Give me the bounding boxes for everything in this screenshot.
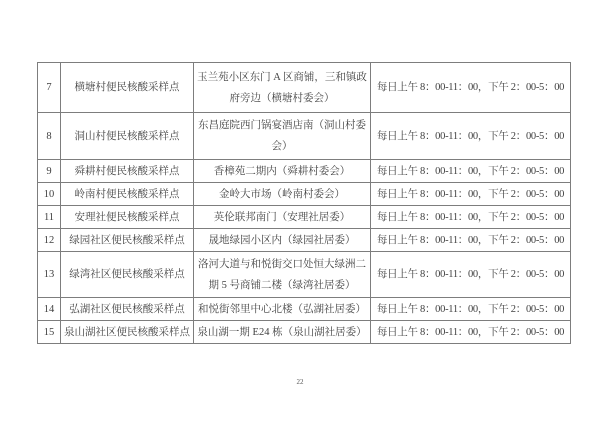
table-row: 8 洞山村便民核酸采样点 东昌庭院西门锅宴酒店南（洞山村委会） 每日上午 8：0… bbox=[38, 113, 571, 160]
time-cell: 每日上午 8：00-11：00，下午 2：00-5：00 bbox=[371, 63, 571, 113]
address-cell: 晟地绿园小区内（绿园社居委） bbox=[194, 229, 371, 252]
row-number-cell: 15 bbox=[38, 321, 61, 344]
time-cell: 每日上午 8：00-11：00，下午 2：00-5：00 bbox=[371, 298, 571, 321]
document-page: 7 横塘村便民核酸采样点 玉兰苑小区东门 A 区商铺，三和镇政府旁边（横塘村委会… bbox=[0, 0, 600, 424]
time-cell: 每日上午 8：00-11：00，下午 2：00-5：00 bbox=[371, 183, 571, 206]
table-row: 9 舜耕村便民核酸采样点 香樟苑二期内（舜耕村委会） 每日上午 8：00-11：… bbox=[38, 160, 571, 183]
row-number-cell: 7 bbox=[38, 63, 61, 113]
site-name-cell: 舜耕村便民核酸采样点 bbox=[61, 160, 194, 183]
time-cell: 每日上午 8：00-11：00，下午 2：00-5：00 bbox=[371, 229, 571, 252]
time-cell: 每日上午 8：00-11：00，下午 2：00-5：00 bbox=[371, 252, 571, 298]
row-number-cell: 12 bbox=[38, 229, 61, 252]
address-cell: 和悦街邻里中心北楼（弘湖社居委） bbox=[194, 298, 371, 321]
address-cell: 玉兰苑小区东门 A 区商铺，三和镇政府旁边（横塘村委会） bbox=[194, 63, 371, 113]
row-number-cell: 14 bbox=[38, 298, 61, 321]
table-row: 12 绿园社区便民核酸采样点 晟地绿园小区内（绿园社居委） 每日上午 8：00-… bbox=[38, 229, 571, 252]
site-name-cell: 洞山村便民核酸采样点 bbox=[61, 113, 194, 160]
site-name-cell: 横塘村便民核酸采样点 bbox=[61, 63, 194, 113]
site-name-cell: 泉山湖社区便民核酸采样点 bbox=[61, 321, 194, 344]
table-row: 10 岭南村便民核酸采样点 金岭大市场（岭南村委会） 每日上午 8：00-11：… bbox=[38, 183, 571, 206]
table-row: 7 横塘村便民核酸采样点 玉兰苑小区东门 A 区商铺，三和镇政府旁边（横塘村委会… bbox=[38, 63, 571, 113]
table-row: 13 绿湾社区便民核酸采样点 洛河大道与和悦街交口处恒大绿洲二期 5 号商铺二楼… bbox=[38, 252, 571, 298]
time-cell: 每日上午 8：00-11：00，下午 2：00-5：00 bbox=[371, 113, 571, 160]
sampling-points-table: 7 横塘村便民核酸采样点 玉兰苑小区东门 A 区商铺，三和镇政府旁边（横塘村委会… bbox=[37, 62, 571, 344]
table-row: 15 泉山湖社区便民核酸采样点 泉山湖一期 E24 栋（泉山湖社居委） 每日上午… bbox=[38, 321, 571, 344]
row-number-cell: 10 bbox=[38, 183, 61, 206]
time-cell: 每日上午 8：00-11：00，下午 2：00-5：00 bbox=[371, 206, 571, 229]
address-cell: 洛河大道与和悦街交口处恒大绿洲二期 5 号商铺二楼（绿湾社居委） bbox=[194, 252, 371, 298]
address-cell: 香樟苑二期内（舜耕村委会） bbox=[194, 160, 371, 183]
address-cell: 东昌庭院西门锅宴酒店南（洞山村委会） bbox=[194, 113, 371, 160]
row-number-cell: 11 bbox=[38, 206, 61, 229]
table-row: 14 弘湖社区便民核酸采样点 和悦街邻里中心北楼（弘湖社居委） 每日上午 8：0… bbox=[38, 298, 571, 321]
address-cell: 金岭大市场（岭南村委会） bbox=[194, 183, 371, 206]
site-name-cell: 弘湖社区便民核酸采样点 bbox=[61, 298, 194, 321]
time-cell: 每日上午 8：00-11：00，下午 2：00-5：00 bbox=[371, 321, 571, 344]
site-name-cell: 绿湾社区便民核酸采样点 bbox=[61, 252, 194, 298]
site-name-cell: 安理社便民核酸采样点 bbox=[61, 206, 194, 229]
table-row: 11 安理社便民核酸采样点 英伦联邦南门（安理社居委） 每日上午 8：00-11… bbox=[38, 206, 571, 229]
site-name-cell: 岭南村便民核酸采样点 bbox=[61, 183, 194, 206]
page-number: 22 bbox=[0, 378, 600, 386]
address-cell: 泉山湖一期 E24 栋（泉山湖社居委） bbox=[194, 321, 371, 344]
row-number-cell: 13 bbox=[38, 252, 61, 298]
row-number-cell: 8 bbox=[38, 113, 61, 160]
time-cell: 每日上午 8：00-11：00，下午 2：00-5：00 bbox=[371, 160, 571, 183]
site-name-cell: 绿园社区便民核酸采样点 bbox=[61, 229, 194, 252]
address-cell: 英伦联邦南门（安理社居委） bbox=[194, 206, 371, 229]
row-number-cell: 9 bbox=[38, 160, 61, 183]
